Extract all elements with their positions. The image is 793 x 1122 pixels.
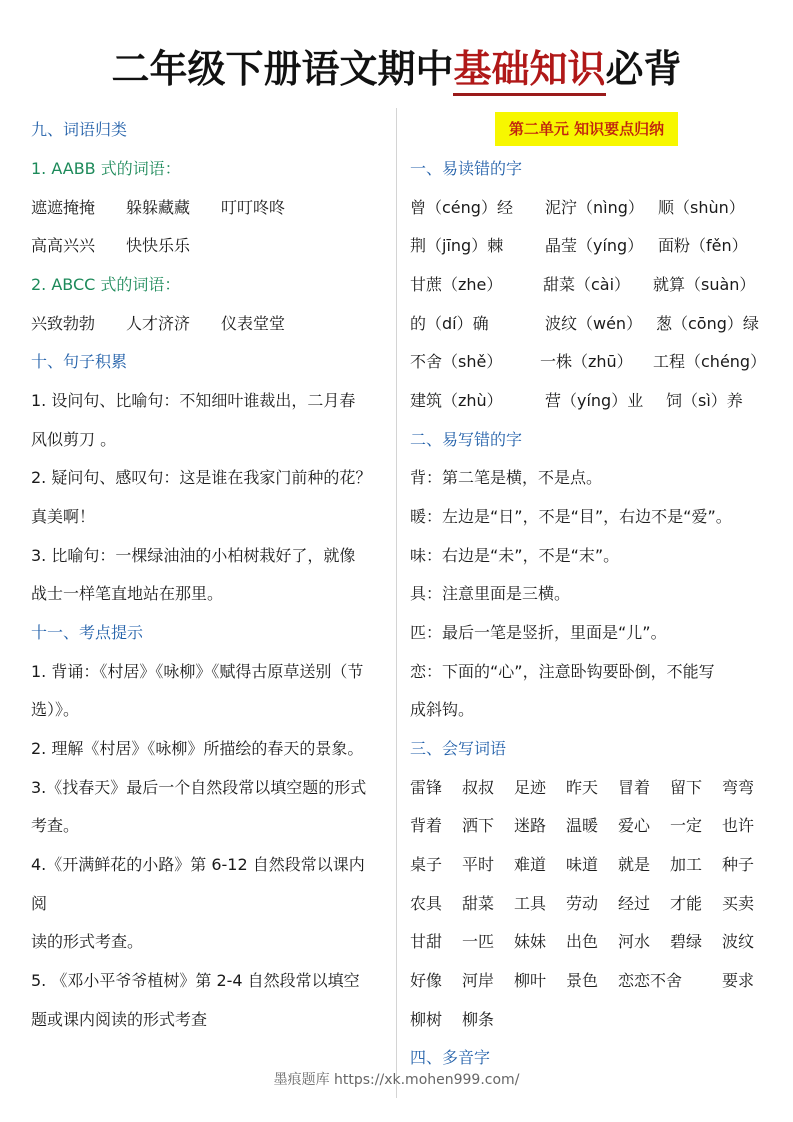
column-divider [396,108,397,1098]
vocab-word: 买卖 [722,892,754,916]
tip-line: 3.《找春天》最后一个自然段常以填空题的形式 [31,776,366,800]
vocab-word: 好像 [410,969,442,993]
vocab-word: 背着 [410,814,442,838]
char-note: 具：注意里面是三横。 [410,582,570,606]
vocab-word: 出色 [566,930,598,954]
tip-line: 1. 背诵：《村居》《咏柳》《赋得古原草送别（节 [31,660,363,684]
vocab-word: 一匹 [462,930,494,954]
vocab-word: 洒下 [462,814,494,838]
sentence-line: 风似剪刀 。 [31,428,116,452]
vocab-word: 甜菜 [462,892,494,916]
word: 人才济济 [126,312,190,336]
word: 叮叮咚咚 [221,196,285,220]
sentence-line: 真美啊！ [31,505,95,529]
vocab-word: 一定 [670,814,702,838]
subheading-abcc: 2. ABCC 式的词语： [31,273,180,297]
char-note: 味：右边是“未”，不是“末”。 [410,544,619,568]
word: 高高兴兴 [31,234,95,258]
vocab-word: 难道 [514,853,546,877]
title-prefix: 二年级下册语文期中 [111,47,453,91]
tip-line: 考查。 [31,814,79,838]
pinyin-item: 曾（céng）经 [410,196,513,220]
vocab-word: 冒着 [618,776,650,800]
vocab-word: 甘甜 [410,930,442,954]
vocab-word: 农具 [410,892,442,916]
vocab-word: 河水 [618,930,650,954]
pinyin-item: 一株（zhū） [540,350,633,374]
tip-line: 4.《开满鲜花的小路》第 6-12 自然段常以课内 [31,853,365,877]
vocab-word: 河岸 [462,969,494,993]
sentence-line: 战士一样笔直地站在那里。 [31,582,223,606]
vocab-word: 温暖 [566,814,598,838]
section-heading-4: 四、多音字 [410,1046,490,1070]
pinyin-item: 泥泞（nìng） [545,196,644,220]
pinyin-item: 不舍（shě） [410,350,502,374]
vocab-word: 叔叔 [462,776,494,800]
vocab-word: 迷路 [514,814,546,838]
vocab-word: 妹妹 [514,930,546,954]
pinyin-item: 荆（jīng）棘 [410,234,503,258]
pinyin-item: 晶莹（yíng） [545,234,643,258]
subheading-aabb: 1. AABB 式的词语： [31,157,181,181]
sentence-line: 3. 比喻句：一棵绿油油的小柏树栽好了，就像 [31,544,355,568]
char-note: 恋：下面的“心”，注意卧钩要卧倒，不能写 [410,660,715,684]
char-note: 背：第二笔是横，不是点。 [410,466,602,490]
word: 躲躲藏藏 [126,196,190,220]
pinyin-item: 波纹（wén） [545,312,642,336]
title-suffix: 必背 [606,47,682,91]
word: 仪表堂堂 [221,312,285,336]
vocab-word: 就是 [618,853,650,877]
vocab-word: 桌子 [410,853,442,877]
pinyin-item: 甘蔗（zhe） [410,273,502,297]
vocab-word: 种子 [722,853,754,877]
footer-watermark: 墨痕题库 https://xk.mohen999.com/ [0,1070,793,1090]
vocab-word: 平时 [462,853,494,877]
sentence-line: 2. 疑问句、感叹句：这是谁在我家门前种的花？ [31,466,371,490]
vocab-word: 经过 [618,892,650,916]
vocab-word: 柳叶 [514,969,546,993]
vocab-word: 留下 [670,776,702,800]
pinyin-item: 建筑（zhù） [410,389,503,413]
vocab-word: 也许 [722,814,754,838]
pinyin-item: 饲（sì）养 [666,389,743,413]
tip-line: 题或课内阅读的形式考查 [31,1008,207,1032]
section-heading-1: 一、易读错的字 [410,157,522,181]
vocab-word: 昨天 [566,776,598,800]
word: 快快乐乐 [126,234,190,258]
word: 兴致勃勃 [31,312,95,336]
pinyin-item: 营（yíng）业 [545,389,643,413]
sentence-line: 1. 设问句、比喻句：不知细叶谁裁出，二月春 [31,389,355,413]
vocab-word: 碧绿 [670,930,702,954]
unit-badge: 第二单元 知识要点归纳 [495,112,678,146]
vocab-word: 柳条 [462,1008,494,1032]
tip-line: 阅 [31,892,47,916]
vocab-word: 工具 [514,892,546,916]
tip-line: 读的形式考查。 [31,930,143,954]
vocab-word: 味道 [566,853,598,877]
section-heading-10: 十、句子积累 [31,350,127,374]
section-heading-2: 二、易写错的字 [410,428,522,452]
vocab-word: 劳动 [566,892,598,916]
pinyin-item: 甜菜（cài） [543,273,630,297]
char-note: 成斜钩。 [410,698,474,722]
char-note: 匹：最后一笔是竖折，里面是“儿”。 [410,621,667,645]
pinyin-item: 面粉（fěn） [658,234,748,258]
vocab-word: 弯弯 [722,776,754,800]
vocab-word: 雷锋 [410,776,442,800]
vocab-word: 才能 [670,892,702,916]
pinyin-item: 葱（cōng）绿 [656,312,759,336]
tip-line: 5. 《邓小平爷爷植树》第 2-4 自然段常以填空 [31,969,360,993]
title-highlight: 基础知识 [453,47,605,96]
pinyin-item: 的（dí）确 [410,312,489,336]
vocab-word: 要求 [722,969,754,993]
vocab-word: 爱心 [618,814,650,838]
char-note: 暖：左边是“日”，不是“目”，右边不是“爱”。 [410,505,732,529]
vocab-word: 柳树 [410,1008,442,1032]
section-heading-11: 十一、考点提示 [31,621,143,645]
section-heading-9: 九、词语归类 [31,118,127,142]
pinyin-item: 顺（shùn） [658,196,745,220]
word: 遮遮掩掩 [31,196,95,220]
vocab-word: 足迹 [514,776,546,800]
vocab-word: 恋恋不舍 [618,969,682,993]
page-title: 二年级下册语文期中基础知识必背 [0,44,793,94]
vocab-word: 景色 [566,969,598,993]
pinyin-item: 就算（suàn） [653,273,755,297]
tip-line: 2. 理解《村居》《咏柳》所描绘的春天的景象。 [31,737,363,761]
pinyin-item: 工程（chéng） [653,350,766,374]
section-heading-3: 三、会写词语 [410,737,506,761]
vocab-word: 波纹 [722,930,754,954]
vocab-word: 加工 [670,853,702,877]
tip-line: 选）》。 [31,698,79,722]
